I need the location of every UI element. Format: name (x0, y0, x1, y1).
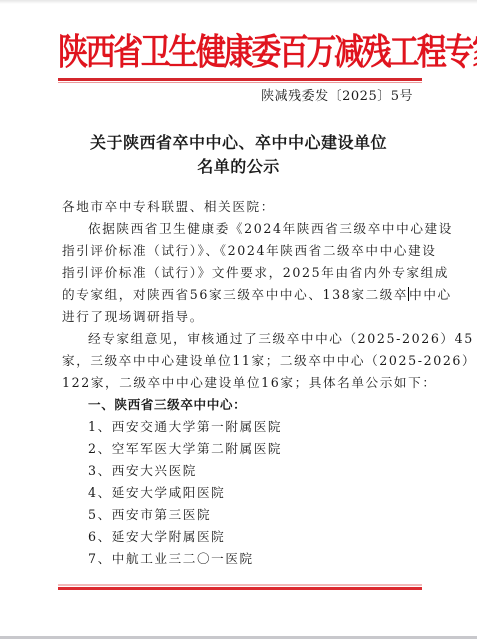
hospital-list-item: 3、西安大兴医院 (62, 460, 424, 482)
hospital-list-item: 7、中航工业三二〇一医院 (62, 548, 424, 570)
paragraph-1-line: 指引评价标准（试行）》文件要求，2025年由省内外专家组成 (62, 262, 424, 284)
hospital-list-item: 4、延安大学咸阳医院 (62, 482, 424, 504)
paragraph-1-line: 依据陕西省卫生健康委《2024年陕西省三级卒中中心建设 (62, 218, 424, 240)
paragraph-1-line: 的专家组，对陕西省56家三级卒中中心、138家二级卒中中心 (62, 284, 424, 306)
document-body[interactable]: 各地市卒中专科联盟、相关医院： 依据陕西省卫生健康委《2024年陕西省三级卒中中… (62, 196, 424, 570)
footer-red-rule-thick (58, 587, 422, 590)
section-heading-tier3: 一、陕西省三级卒中中心： (62, 394, 424, 416)
hospital-list-item: 6、延安大学附属医院 (62, 526, 424, 548)
paragraph-2-line: 家，三级卒中中心建设单位11家；二级卒中中心（2025-2026） (62, 350, 424, 372)
paragraph-2-line: 经专家组意见，审核通过了三级卒中中心（2025-2026）45 (62, 328, 424, 350)
salutation: 各地市卒中专科联盟、相关医院： (62, 196, 424, 218)
paragraph-1-line: 指引评价标准（试行）》、《2024年陕西省二级卒中中心建设 (62, 240, 424, 262)
page-top-shadow (0, 0, 477, 4)
hospital-list-item: 5、西安市第三医院 (62, 504, 424, 526)
header-red-rule-thin (58, 82, 422, 83)
document-title-line-1: 关于陕西省卒中中心、卒中中心建设单位 (0, 131, 477, 155)
hospital-list-item: 2、空军军医大学第二附属医院 (62, 438, 424, 460)
paragraph-1-line: 进行了现场调研指导。 (62, 306, 424, 328)
hospital-list-item: 1、西安交通大学第一附属医院 (62, 416, 424, 438)
paragraph-1-text: 的专家组，对陕西省56家三级卒中中心、138家二级卒 (62, 287, 408, 302)
paragraph-1-text: 中中心 (409, 287, 452, 302)
org-header-title: 陕西省卫生健康委百万减残工程专家委员会 (58, 25, 424, 80)
document-title-line-2: 名单的公示 (0, 155, 477, 179)
paragraph-2-line: 122家，二级卒中中心建设单位16家；具体名单公示如下： (62, 372, 424, 394)
header-red-rule-thick (58, 78, 422, 81)
document-number: 陕减残委发〔2025〕5号 (261, 88, 413, 106)
footer-red-rule-thin (58, 584, 422, 586)
document-title: 关于陕西省卒中中心、卒中中心建设单位 名单的公示 (0, 131, 477, 179)
